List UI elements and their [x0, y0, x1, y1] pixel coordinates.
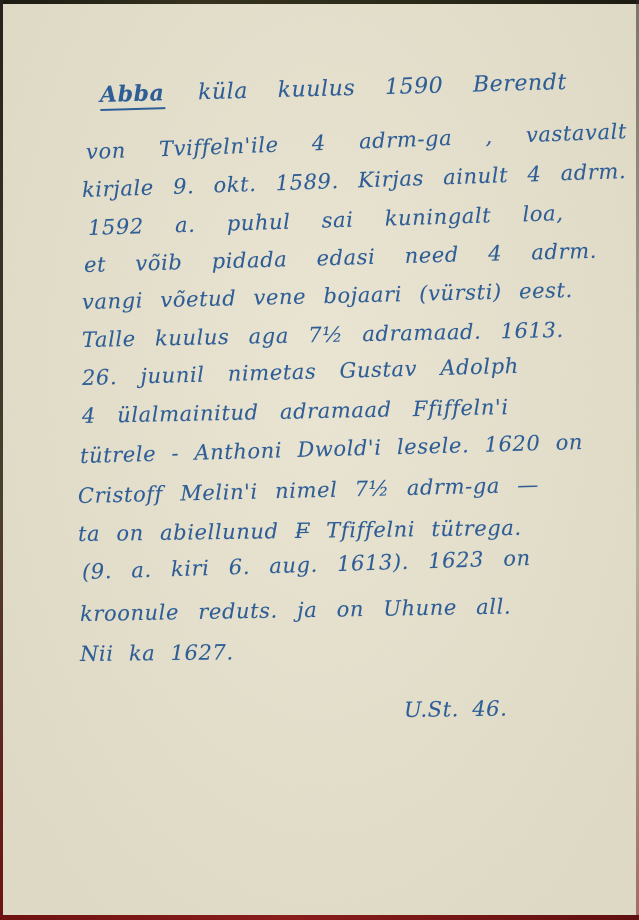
note-line-11: Cristoff Melin'i nimel 7½ adrm-ga — [78, 473, 539, 508]
note-line-2: von Tviffeln'ile 4 adrm-ga , vastavalt [86, 119, 628, 164]
note-line-5: et võib pidada edasi need 4 adrm. [84, 239, 598, 277]
note-line-10: tütrele - Anthoni Dwold'i lesele. 1620 o… [80, 430, 584, 468]
note-line-4: 1592 a. puhul sai kuningalt loa, [88, 201, 564, 240]
photo-edge-top [0, 0, 639, 4]
note-line-12: ta on abiellunud F̶ Tfiffelni tütrega. [78, 516, 522, 546]
note-line-15: Nii ka 1627. [80, 640, 234, 666]
note-line-8: 26. juunil nimetas Gustav Adolph [82, 354, 519, 390]
photo-edge-left [0, 0, 3, 920]
note-line-9: 4 ülalmainitud adramaad Ffiffeln'i [82, 395, 509, 428]
archive-card: Abba küla kuulus 1590 Berendt von Tviffe… [0, 0, 639, 920]
note-line-7: Talle kuulus aga 7½ adramaad. 1613. [82, 318, 564, 352]
note-line-13: (9. a. kiri 6. aug. 1613). 1623 on [82, 546, 531, 584]
note-line-1-rest: küla kuulus 1590 Berendt [198, 70, 568, 105]
note-line-1: Abba küla kuulus 1590 Berendt [100, 69, 568, 111]
entry-title-word: Abba [100, 80, 165, 111]
signature: U.St. 46. [404, 697, 508, 722]
note-line-14: kroonule reduts. ja on Uhune all. [80, 594, 512, 626]
note-line-6: vangi võetud vene bojaari (vürsti) eest. [82, 278, 573, 314]
photo-edge-bottom [0, 915, 639, 920]
note-line-3: kirjale 9. okt. 1589. Kirjas ainult 4 ad… [82, 159, 627, 202]
